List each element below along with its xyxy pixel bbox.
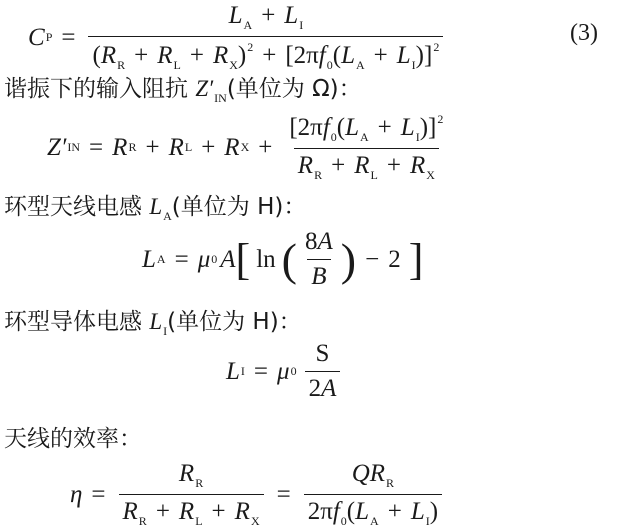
label-text: 环型天线电感 [4, 194, 149, 220]
label-unit: (单位为 H)： [172, 194, 307, 220]
label-text: 谐振下的输入阻抗 [4, 76, 195, 102]
label-text: 环型导体电感 [4, 309, 149, 335]
equation-eta: η = RR RR+RL+RX = QRR 2πf0(LA+LI) [70, 460, 446, 528]
label-unit: (单位为 Ω)： [227, 76, 362, 102]
label-loop-antenna-inductance: 环型天线电感 LA(单位为 H)： [4, 188, 306, 224]
equation-cp: CP = LA+LI (RR+RL+RX)2+[2πf0(LA+LI)]2 [28, 2, 447, 73]
equation-zin: Z′IN = RR+RL+RX+ [2πf0(LA+LI)]2 RR+RL+RX [47, 112, 451, 183]
equation-li: LI = μ0 S 2A [226, 340, 344, 403]
label-input-impedance: 谐振下的输入阻抗 Z′IN(单位为 Ω)： [4, 70, 362, 106]
equation-la: LA = μ0A [ ln ( 8A B ) −2 ] [142, 228, 423, 291]
label-loop-conductor-inductance: 环型导体电感 LI(单位为 H)： [4, 303, 302, 339]
label-unit: (单位为 H)： [167, 309, 302, 335]
label-antenna-efficiency: 天线的效率： [4, 420, 142, 453]
equation-number: (3) [570, 20, 598, 47]
